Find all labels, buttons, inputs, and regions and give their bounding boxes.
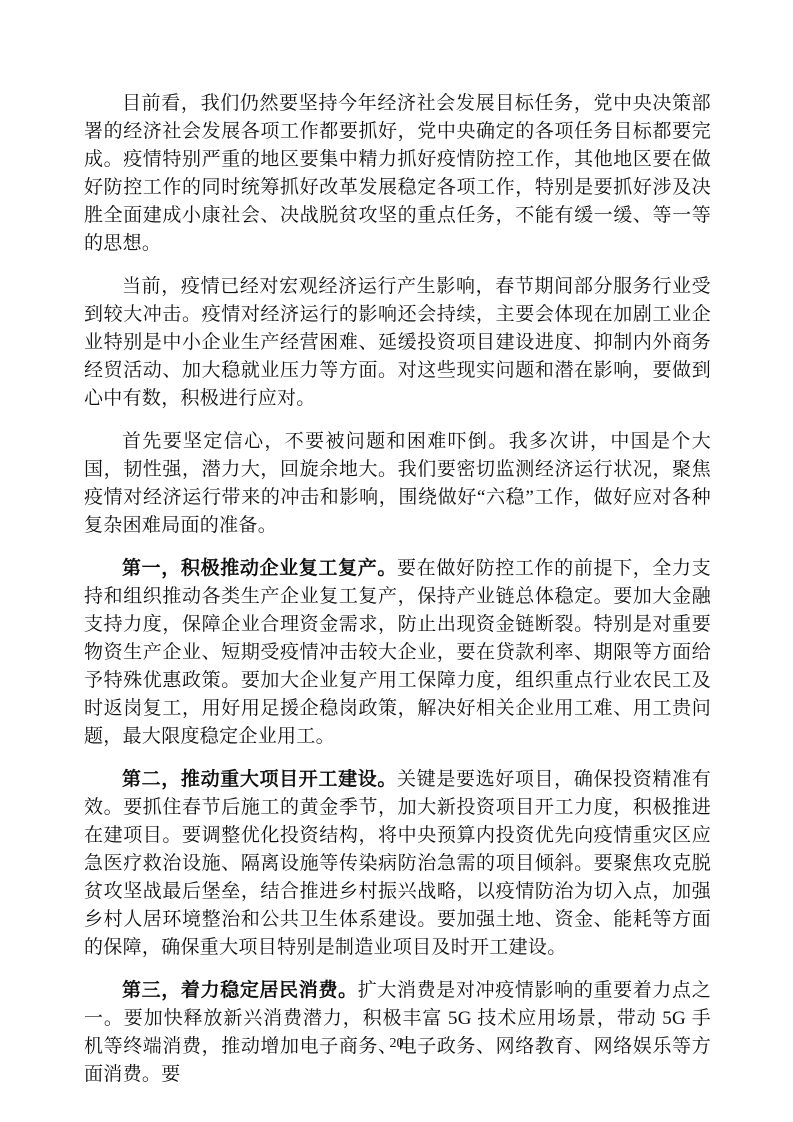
- page-number: 20: [0, 1036, 793, 1052]
- paragraph-text: 关键是要选好项目，确保投资精准有效。要抓住春节后施工的黄金季节，加大新投资项目开…: [84, 769, 711, 958]
- paragraph-text: 首先要坚定信心，不要被问题和困难吓倒。我多次讲，中国是个大国，韧性强，潜力大，回…: [84, 431, 711, 536]
- paragraph: 第一，积极推动企业复工复产。要在做好防控工作的前提下，全力支持和组织推动各类生产…: [84, 555, 711, 751]
- document-page: 目前看，我们仍然要坚持今年经济社会发展目标任务，党中央决策部署的经济社会发展各项…: [0, 0, 793, 1122]
- paragraph-text: 要在做好防控工作的前提下，全力支持和组织推动各类生产企业复工复产，保持产业链总体…: [84, 558, 711, 747]
- paragraph: 目前看，我们仍然要坚持今年经济社会发展目标任务，党中央决策部署的经济社会发展各项…: [84, 90, 711, 258]
- paragraph: 首先要坚定信心，不要被问题和困难吓倒。我多次讲，中国是个大国，韧性强，潜力大，回…: [84, 428, 711, 540]
- paragraph-text: 当前，疫情已经对宏观经济运行产生影响，春节期间部分服务行业受到较大冲击。疫情对经…: [84, 276, 711, 409]
- paragraph: 当前，疫情已经对宏观经济运行产生影响，春节期间部分服务行业受到较大冲击。疫情对经…: [84, 273, 711, 413]
- paragraph-lead: 第三，着力稳定居民消费。: [122, 980, 358, 1001]
- paragraph-lead: 第一，积极推动企业复工复产。: [122, 558, 397, 579]
- paragraph-lead: 第二，推动重大项目开工建设。: [122, 769, 397, 790]
- paragraph-text: 目前看，我们仍然要坚持今年经济社会发展目标任务，党中央决策部署的经济社会发展各项…: [84, 93, 711, 254]
- paragraph: 第二，推动重大项目开工建设。关键是要选好项目，确保投资精准有效。要抓住春节后施工…: [84, 766, 711, 962]
- paragraph: 第三，着力稳定居民消费。扩大消费是对冲疫情影响的重要着力点之一。要加快释放新兴消…: [84, 977, 711, 1089]
